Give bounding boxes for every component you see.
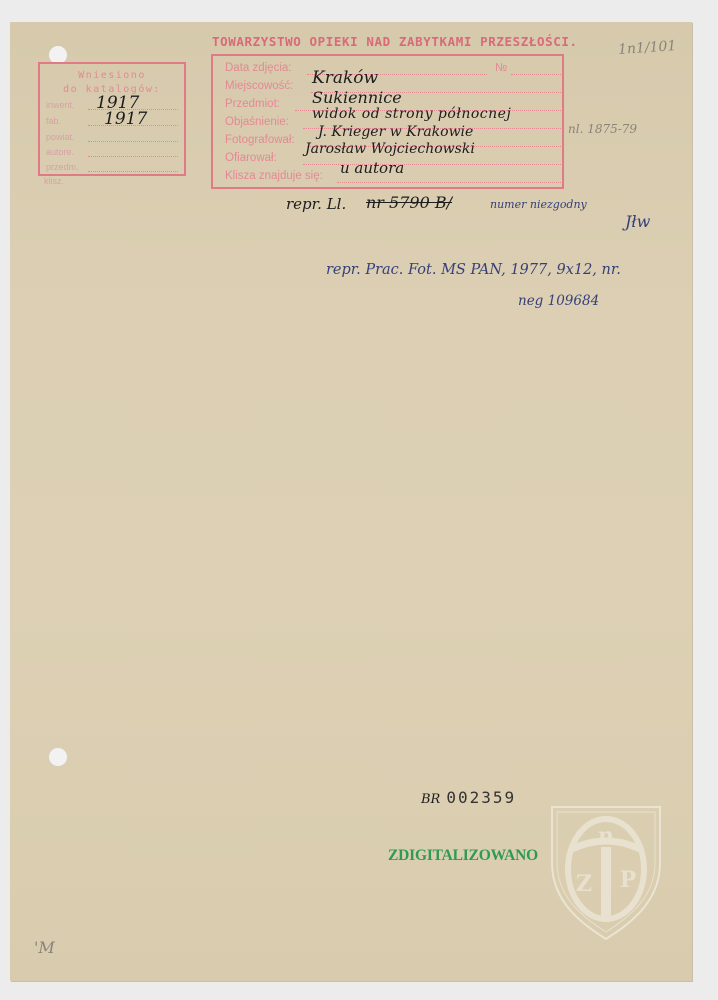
br-prefix: BR (421, 792, 440, 807)
repr-pan-negative: neg 109684 (518, 293, 599, 309)
catalog-line (88, 171, 178, 172)
catalog-line (88, 141, 178, 142)
digitized-stamp: ZDIGITALIZOWANO (388, 847, 538, 865)
br-stamp: BR002359 (421, 788, 516, 807)
handwritten-place: Kraków (312, 68, 378, 88)
catalog-row-autore: autore. (46, 147, 74, 157)
form-line (337, 182, 561, 183)
catalog-row-klisz: klisz. (44, 176, 64, 186)
handwritten-negative-location: u autora (340, 159, 404, 177)
svg-text:Z: Z (576, 871, 592, 897)
catalog-row-inwent: inwent. (46, 100, 75, 110)
pencil-note-bottom-left: 'M (34, 938, 55, 957)
handwritten-subject: Sukiennice (312, 88, 402, 107)
organization-header: TOWARZYSTWO OPIEKI NAD ZABYTKAMI PRZESZŁ… (212, 34, 578, 49)
handwritten-fab-number: 1917 (104, 109, 147, 129)
catalog-row-powiat: powiat. (46, 132, 75, 142)
form-row-subject: Przedmiot: (225, 98, 280, 110)
repr-struck-number: nr 5790 B/ (366, 193, 452, 212)
pencil-note-side: nl. 1875-79 (568, 122, 637, 136)
form-label: Fotografował: (225, 134, 295, 146)
catalog-row-przedm: przedm. (46, 162, 79, 172)
form-label: Klisza znajduje się: (225, 170, 323, 182)
form-row-photographer: Fotografował: (225, 134, 295, 146)
handwritten-photographer: J. Krieger w Krakowie (318, 124, 473, 140)
svg-text:n: n (598, 823, 614, 849)
form-label: Miejscowość: (225, 80, 293, 92)
handwritten-donor: Jarosław Wojciechowski (305, 141, 475, 157)
catalog-title: Wniesiono (40, 70, 184, 81)
form-label: Ofiarował: (225, 152, 277, 164)
br-number: 002359 (446, 788, 516, 807)
repr-prefix: repr. Ll. (286, 195, 346, 213)
form-row-negative: Klisza znajduje się: (225, 170, 323, 182)
repr-pan-line: repr. Prac. Fot. MS PAN, 1977, 9x12, nr. (326, 262, 621, 278)
svg-text:P: P (620, 867, 637, 893)
initials: Jłw (625, 212, 650, 231)
form-line (511, 74, 561, 75)
form-label: Przedmiot: (225, 98, 280, 110)
form-row-place: Miejscowość: (225, 80, 293, 92)
form-row-date: Data zdjęcia: № (225, 62, 291, 74)
form-row-donor: Ofiarował: (225, 152, 277, 164)
catalog-line (88, 156, 178, 157)
form-label: Data zdjęcia: (225, 62, 291, 74)
watermark-shield-icon: n Z P (548, 803, 664, 943)
handwritten-description: widok od strony północnej (312, 106, 511, 122)
catalog-row-fab: fab. (46, 116, 61, 126)
form-row-description: Objaśnienie: (225, 116, 289, 128)
punch-hole-bottom (49, 748, 67, 766)
form-label: Objaśnienie: (225, 116, 289, 128)
number-label: № (495, 62, 507, 74)
repr-note-mismatch: numer niezgodny (490, 198, 587, 211)
